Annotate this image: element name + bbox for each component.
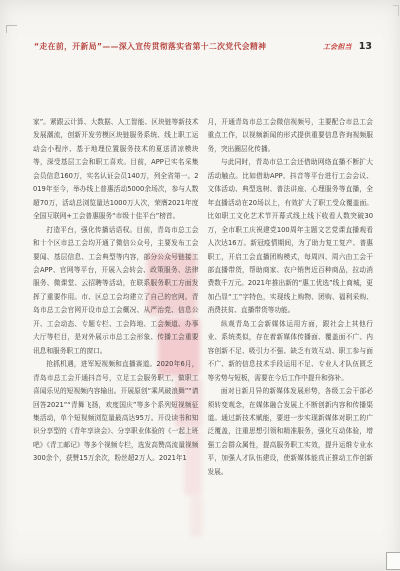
paragraph: 纵观青岛工会新媒体运用方面，跟社会上其他行业、系统类似，存在着新媒体传播面、覆盖… [208,318,374,385]
magazine-section-logo: 工会担当 [323,42,352,52]
running-head-title: “走在前，开新局”——深入宣传贯彻落实省第十二次党代会精神 [34,41,266,52]
paragraph: 面对日新月异的新媒体发展形势，各级工会干部必须转变观念，在媒体融合发展上不断创新… [208,385,374,479]
body-columns: 家”。紧跟云计算、大数据、人工智能、区块链等新技术发展潮流，创新开发劳模区块链服… [33,116,373,516]
column-left: 家”。紧跟云计算、大数据、人工智能、区块链等新技术发展潮流，创新开发劳模区块链服… [33,116,199,512]
paragraph: 与此同时，青岛市总工会还借助网络直播不断扩大活动触点。比如借助APP、抖音等平台… [208,156,374,317]
paragraph-continuation: 月，开通青岛市总工会微信视频号，主要配合市总工会重点工作，以视频新闻的形式提供重… [208,116,374,156]
paragraph-continuation: 家”。紧跟云计算、大数据、人工智能、区块链等新技术发展潮流，创新开发劳模区块链服… [33,116,199,224]
column-right: 月，开通青岛市总工会微信视频号，主要配合市总工会重点工作，以视频新闻的形式提供重… [208,116,374,512]
page-number: 13 [359,41,372,52]
scan-corner-mark-top-right [393,5,399,16]
scan-box-artifact [386,552,400,570]
paragraph: 抢抓机遇，进军短视频和直播赛道。2020年6月，青岛市总工会开通抖音号，立足工会… [33,358,199,466]
scan-corner-mark-top-left [6,25,17,33]
paragraph: 打造平台，强化传播话语权。目前，青岛市总工会和十个区市总工会均开通了微信公众号，… [33,224,199,359]
page-header: “走在前，开新局”——深入宣传贯彻落实省第十二次党代会精神 工会担当 13 [34,41,372,52]
scanned-magazine-page: “走在前，开新局”——深入宣传贯彻落实省第十二次党代会精神 工会担当 13 家”… [0,0,400,571]
